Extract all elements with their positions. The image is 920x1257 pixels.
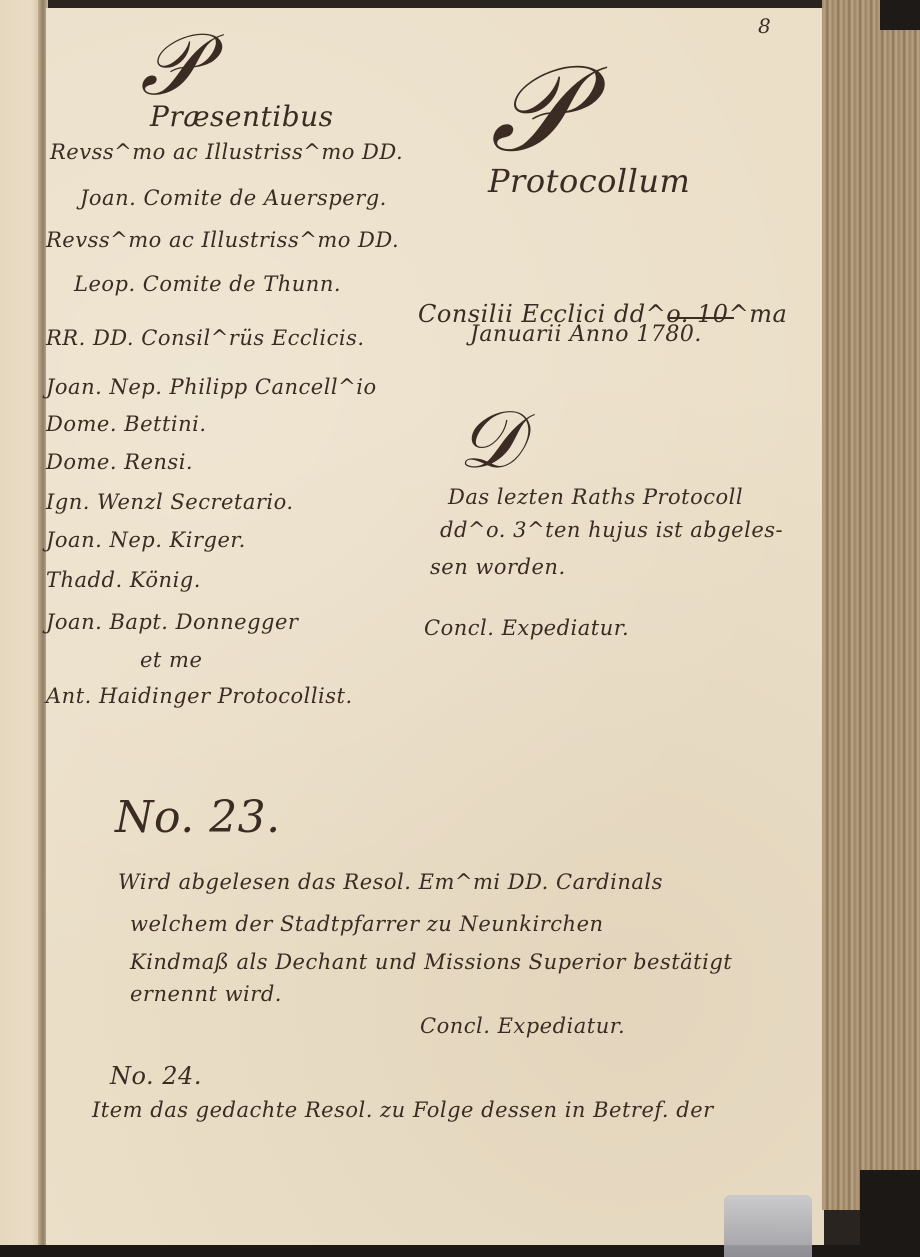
attendee-line: Thadd. König. [46,568,201,592]
entry-text-line: ernennt wird. [130,982,282,1006]
date-underline [668,317,734,319]
meeting-date: Januarii Anno 1780. [470,322,702,347]
decorative-initial-d: 𝒟 [458,400,522,480]
decorative-initial-p: 𝒫 [490,50,577,170]
entry-text-line: Wird abgelesen das Resol. Em^mi DD. Card… [118,870,663,894]
entry-text-line: welchem der Stadtpfarrer zu Neunkirchen [130,912,604,936]
attendee-line: Joan. Bapt. Donnegger [46,610,298,634]
attendee-line: Ign. Wenzl Secretario. [46,490,294,514]
entry-text-line: Kindmaß als Dechant und Missions Superio… [130,950,732,974]
attendee-line: Ant. Haidinger Protocollist. [46,684,353,708]
attendee-line: Revss^mo ac Illustriss^mo DD. [46,228,399,252]
entry-text-line: sen worden. [430,555,566,579]
protocollum-heading: Protocollum [488,162,690,200]
entry-number: No. 23. [115,792,281,843]
attendee-line: et me [140,648,202,672]
entry-number: No. 24. [110,1062,202,1090]
entry-text-line: Item das gedachte Resol. zu Folge dessen… [92,1098,714,1122]
praesentibus-heading: Præsentibus [150,100,334,133]
page-stack-edge [822,0,920,1210]
page-clip [724,1195,812,1257]
attendee-line: Joan. Nep. Kirger. [46,528,246,552]
attendee-line: Joan. Comite de Auersperg. [80,186,387,210]
attendee-line: Dome. Rensi. [46,450,193,474]
attendee-line: Joan. Nep. Philipp Cancell^io [46,375,377,399]
attendee-line: Revss^mo ac Illustriss^mo DD. [50,140,403,164]
resolution-text: Concl. Expediatur. [424,616,629,640]
entry-text-line: Das lezten Raths Protocoll [448,485,743,509]
background-corner [880,0,920,30]
resolution-text: Concl. Expediatur. [420,1014,625,1038]
attendee-line: Leop. Comite de Thunn. [74,272,341,296]
decorative-initial-p: 𝒫 [140,22,202,108]
attendee-line: RR. DD. Consil^rüs Ecclicis. [46,326,365,350]
page-number: 8 [758,14,771,38]
background-corner-bottom [860,1170,920,1257]
entry-text-line: dd^o. 3^ten hujus ist abgeles- [440,518,783,542]
attendee-line: Dome. Bettini. [46,412,207,436]
